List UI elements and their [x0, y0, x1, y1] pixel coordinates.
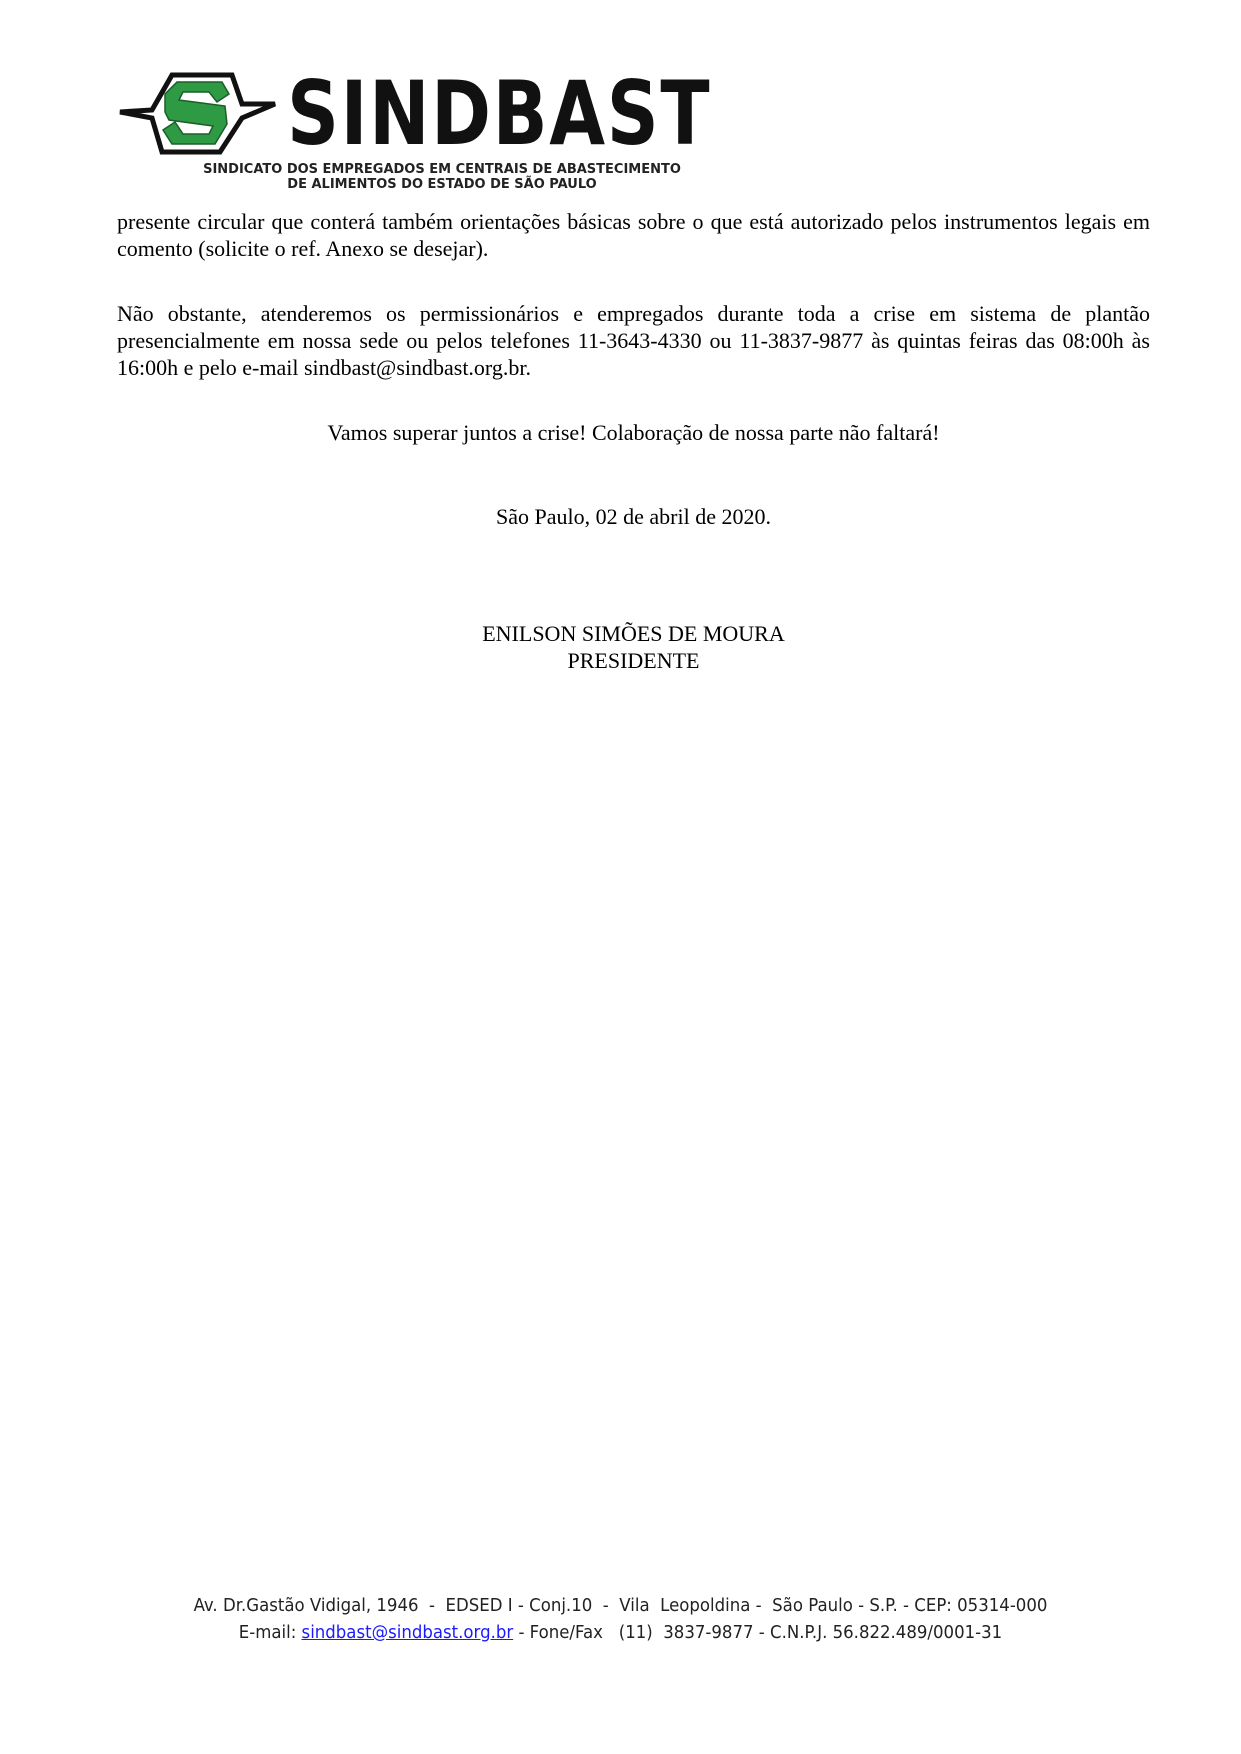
- logo-subtitle-line1: SINDICATO DOS EMPREGADOS EM CENTRAIS DE …: [157, 162, 727, 177]
- footer: Av. Dr.Gastão Vidigal, 1946 - EDSED I - …: [50, 1592, 1192, 1646]
- logo-subtitle: SINDICATO DOS EMPREGADOS EM CENTRAIS DE …: [157, 162, 727, 192]
- footer-phone-cnpj: - Fone/Fax (11) 3837-9877 - C.N.P.J. 56.…: [513, 1622, 1002, 1643]
- closing-line: Vamos superar juntos a crise! Colaboraçã…: [117, 419, 1150, 446]
- signer-title: PRESIDENTE: [117, 647, 1150, 674]
- sindbast-logo: SINDBAST SINDICATO DOS EMPREGADOS EM CEN…: [117, 72, 717, 197]
- logo-wordmark: SINDBAST: [287, 64, 711, 164]
- footer-email-link[interactable]: sindbast@sindbast.org.br: [302, 1622, 514, 1643]
- date-line: São Paulo, 02 de abril de 2020.: [117, 503, 1150, 530]
- sindbast-s-emblem-icon: [117, 72, 277, 157]
- footer-contact: E-mail: sindbast@sindbast.org.br - Fone/…: [50, 1619, 1192, 1646]
- logo-subtitle-line2: DE ALIMENTOS DO ESTADO DE SÃO PAULO: [157, 177, 727, 192]
- footer-email-label: E-mail:: [239, 1622, 302, 1643]
- paragraph-circular: presente circular que conterá também ori…: [117, 208, 1150, 262]
- signature-block: ENILSON SIMÕES DE MOURA PRESIDENTE: [117, 620, 1150, 674]
- footer-address: Av. Dr.Gastão Vidigal, 1946 - EDSED I - …: [50, 1592, 1192, 1619]
- paragraph-contact: Não obstante, atenderemos os permissioná…: [117, 300, 1150, 381]
- signer-name: ENILSON SIMÕES DE MOURA: [117, 620, 1150, 647]
